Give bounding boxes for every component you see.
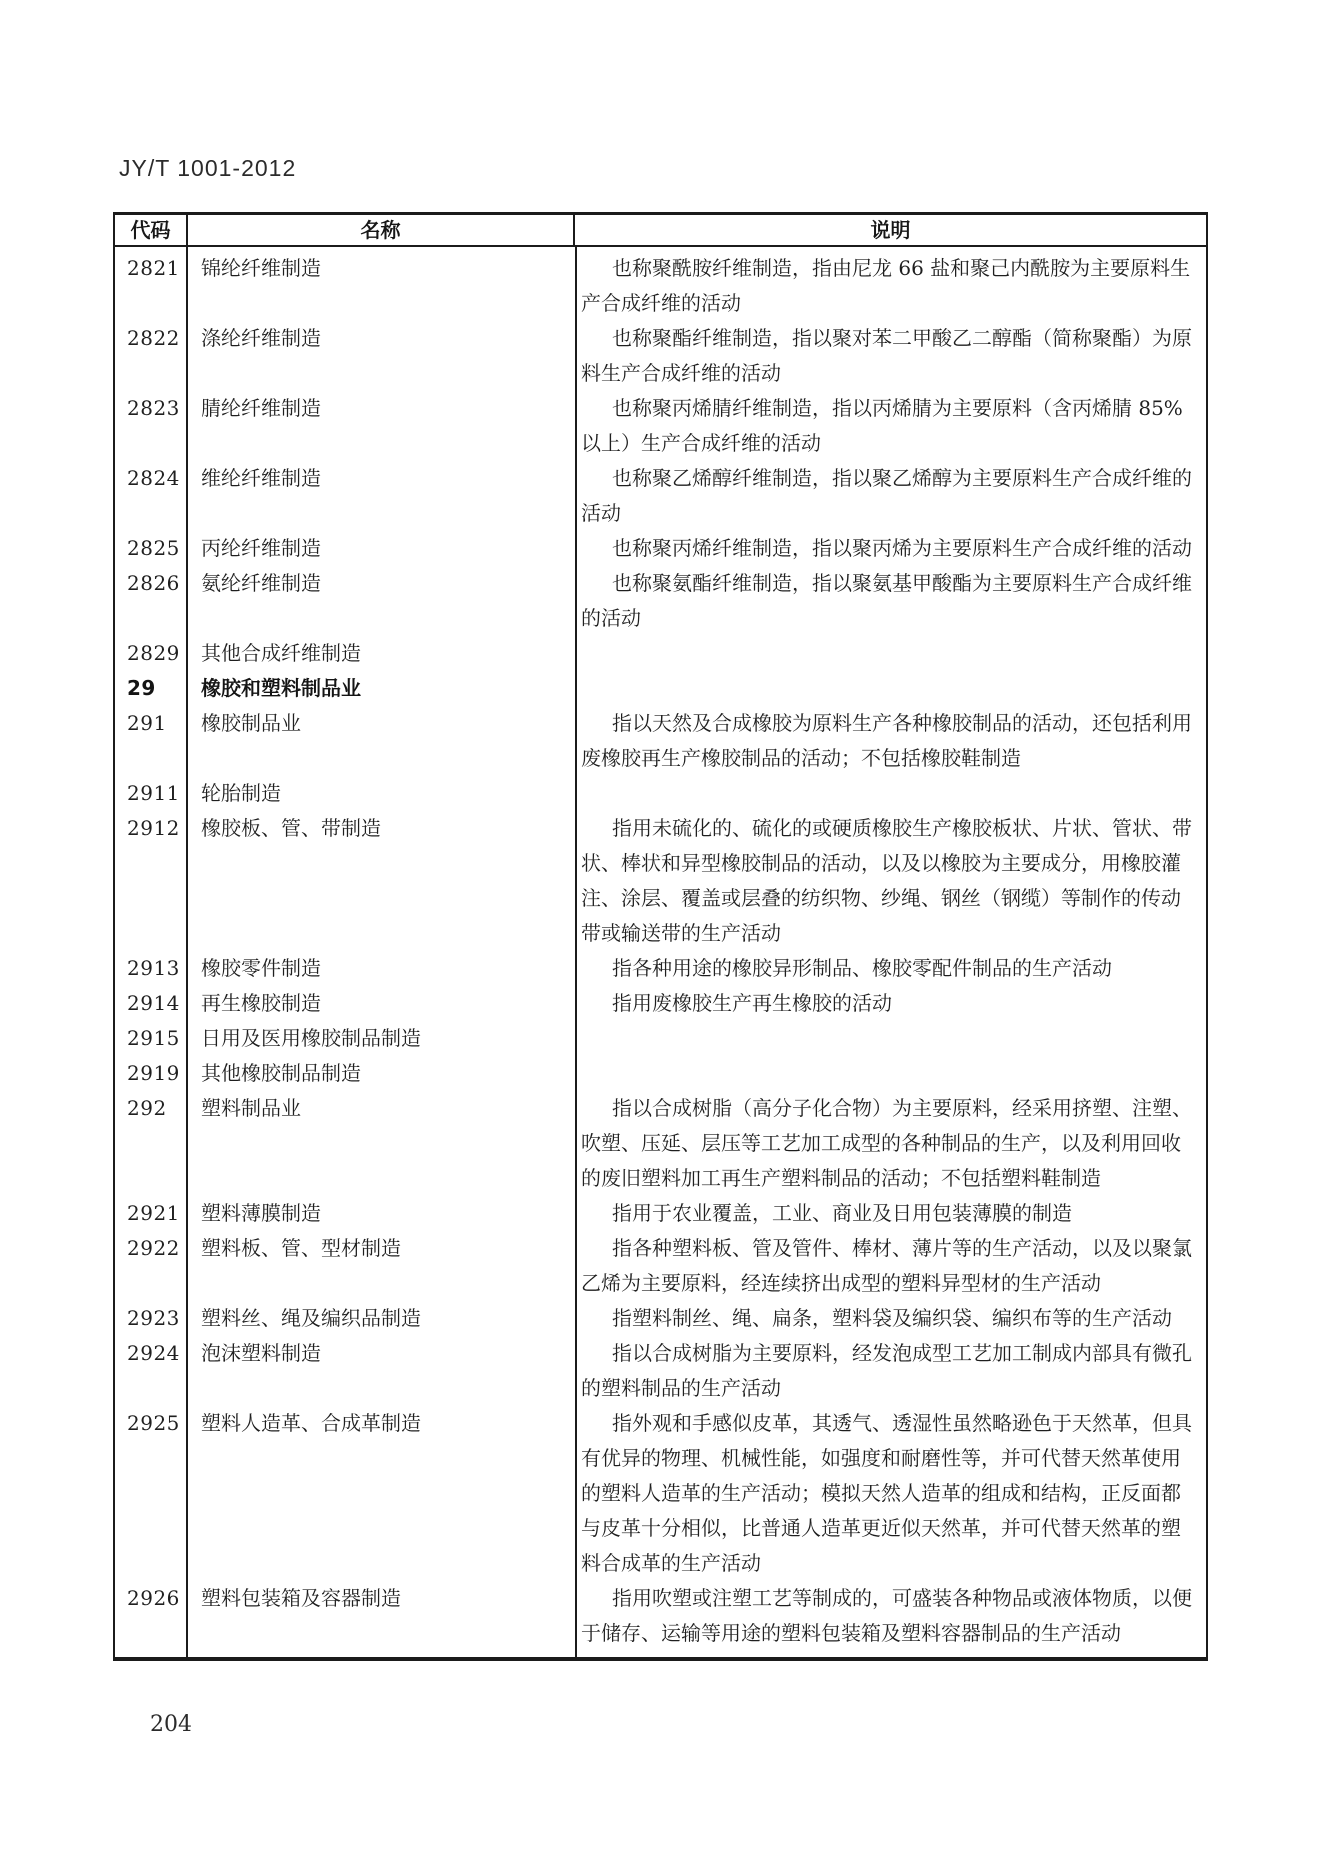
row-code: 2829 bbox=[115, 636, 188, 671]
row-description bbox=[575, 1056, 1206, 1091]
row-description: 指以合成树脂（高分子化合物）为主要原料，经采用挤塑、注塑、吹塑、压延、层压等工艺… bbox=[575, 1091, 1206, 1196]
row-description: 指塑料制丝、绳、扁条，塑料袋及编织袋、编织布等的生产活动 bbox=[575, 1301, 1206, 1336]
row-name: 泡沫塑料制造 bbox=[188, 1336, 575, 1406]
row-code: 2926 bbox=[115, 1581, 188, 1651]
row-code: 2925 bbox=[115, 1406, 188, 1581]
row-name: 塑料制品业 bbox=[188, 1091, 575, 1196]
row-description: 指外观和手感似皮革，其透气、透湿性虽然略逊色于天然革，但具有优异的物理、机械性能… bbox=[575, 1406, 1206, 1581]
row-name: 橡胶板、管、带制造 bbox=[188, 811, 575, 951]
row-description: 指以合成树脂为主要原料，经发泡成型工艺加工制成内部具有微孔的塑料制品的生产活动 bbox=[575, 1336, 1206, 1406]
row-description: 也称聚丙烯纤维制造，指以聚丙烯为主要原料生产合成纤维的活动 bbox=[575, 531, 1206, 566]
row-name: 丙纶纤维制造 bbox=[188, 531, 575, 566]
row-name: 维纶纤维制造 bbox=[188, 461, 575, 531]
row-code: 2914 bbox=[115, 986, 188, 1021]
row-description: 也称聚氨酯纤维制造，指以聚氨基甲酸酯为主要原料生产合成纤维的活动 bbox=[575, 566, 1206, 636]
row-code: 29 bbox=[115, 671, 188, 706]
row-description: 指各种塑料板、管及管件、棒材、薄片等的生产活动，以及以聚氯乙烯为主要原料，经连续… bbox=[575, 1231, 1206, 1301]
row-code: 2921 bbox=[115, 1196, 188, 1231]
table-body: 2821 锦纶纤维制造 也称聚酰胺纤维制造，指由尼龙 66 盐和聚己内酰胺为主要… bbox=[115, 247, 1206, 1657]
page-number: 204 bbox=[150, 1712, 192, 1737]
standard-number: JY/T 1001-2012 bbox=[119, 155, 296, 182]
row-code: 2922 bbox=[115, 1231, 188, 1301]
column-divider-1 bbox=[186, 247, 188, 1657]
row-description bbox=[575, 1021, 1206, 1056]
row-name: 日用及医用橡胶制品制造 bbox=[188, 1021, 575, 1056]
row-description: 也称聚酯纤维制造，指以聚对苯二甲酸乙二醇酯（简称聚酯）为原料生产合成纤维的活动 bbox=[575, 321, 1206, 391]
row-name: 塑料丝、绳及编织品制造 bbox=[188, 1301, 575, 1336]
row-name: 橡胶制品业 bbox=[188, 706, 575, 776]
row-name: 塑料人造革、合成革制造 bbox=[188, 1406, 575, 1581]
row-description bbox=[575, 671, 1206, 706]
row-description bbox=[575, 776, 1206, 811]
table-header-row: 代码 名称 说明 bbox=[115, 215, 1206, 247]
row-description: 也称聚丙烯腈纤维制造，指以丙烯腈为主要原料（含丙烯腈 85%以上）生产合成纤维的… bbox=[575, 391, 1206, 461]
row-name: 轮胎制造 bbox=[188, 776, 575, 811]
row-code: 2821 bbox=[115, 251, 188, 321]
row-name: 塑料薄膜制造 bbox=[188, 1196, 575, 1231]
row-name: 塑料包装箱及容器制造 bbox=[188, 1581, 575, 1651]
row-code: 2822 bbox=[115, 321, 188, 391]
row-description: 指用废橡胶生产再生橡胶的活动 bbox=[575, 986, 1206, 1021]
row-name: 再生橡胶制造 bbox=[188, 986, 575, 1021]
row-name: 其他橡胶制品制造 bbox=[188, 1056, 575, 1091]
row-name: 橡胶和塑料制品业 bbox=[188, 671, 575, 706]
document-page: JY/T 1001-2012 代码 名称 说明 2821 锦纶纤维制造 也称聚酰… bbox=[0, 0, 1323, 1871]
row-description bbox=[575, 636, 1206, 671]
row-code: 2824 bbox=[115, 461, 188, 531]
row-description: 指用于农业覆盖，工业、商业及日用包装薄膜的制造 bbox=[575, 1196, 1206, 1231]
column-divider-2 bbox=[575, 247, 577, 1657]
row-code: 2919 bbox=[115, 1056, 188, 1091]
row-name: 塑料板、管、型材制造 bbox=[188, 1231, 575, 1301]
header-name: 名称 bbox=[188, 215, 575, 245]
row-description: 指用吹塑或注塑工艺等制成的，可盛装各种物品或液体物质，以便于储存、运输等用途的塑… bbox=[575, 1581, 1206, 1651]
header-code: 代码 bbox=[115, 215, 188, 245]
row-name: 其他合成纤维制造 bbox=[188, 636, 575, 671]
row-code: 2826 bbox=[115, 566, 188, 636]
row-description: 也称聚酰胺纤维制造，指由尼龙 66 盐和聚己内酰胺为主要原料生产合成纤维的活动 bbox=[575, 251, 1206, 321]
row-description: 指以天然及合成橡胶为原料生产各种橡胶制品的活动，还包括利用废橡胶再生产橡胶制品的… bbox=[575, 706, 1206, 776]
classification-table: 代码 名称 说明 2821 锦纶纤维制造 也称聚酰胺纤维制造，指由尼龙 66 盐… bbox=[113, 212, 1208, 1661]
header-description: 说明 bbox=[575, 215, 1206, 245]
row-name: 氨纶纤维制造 bbox=[188, 566, 575, 636]
row-code: 2825 bbox=[115, 531, 188, 566]
row-code: 2823 bbox=[115, 391, 188, 461]
row-name: 橡胶零件制造 bbox=[188, 951, 575, 986]
row-name: 涤纶纤维制造 bbox=[188, 321, 575, 391]
row-code: 2912 bbox=[115, 811, 188, 951]
row-code: 2913 bbox=[115, 951, 188, 986]
row-code: 2924 bbox=[115, 1336, 188, 1406]
row-code: 291 bbox=[115, 706, 188, 776]
row-description: 指用未硫化的、硫化的或硬质橡胶生产橡胶板状、片状、管状、带状、棒状和异型橡胶制品… bbox=[575, 811, 1206, 951]
row-code: 292 bbox=[115, 1091, 188, 1196]
row-name: 锦纶纤维制造 bbox=[188, 251, 575, 321]
row-code: 2923 bbox=[115, 1301, 188, 1336]
row-code: 2911 bbox=[115, 776, 188, 811]
row-name: 腈纶纤维制造 bbox=[188, 391, 575, 461]
row-description: 指各种用途的橡胶异形制品、橡胶零配件制品的生产活动 bbox=[575, 951, 1206, 986]
row-code: 2915 bbox=[115, 1021, 188, 1056]
row-description: 也称聚乙烯醇纤维制造，指以聚乙烯醇为主要原料生产合成纤维的活动 bbox=[575, 461, 1206, 531]
